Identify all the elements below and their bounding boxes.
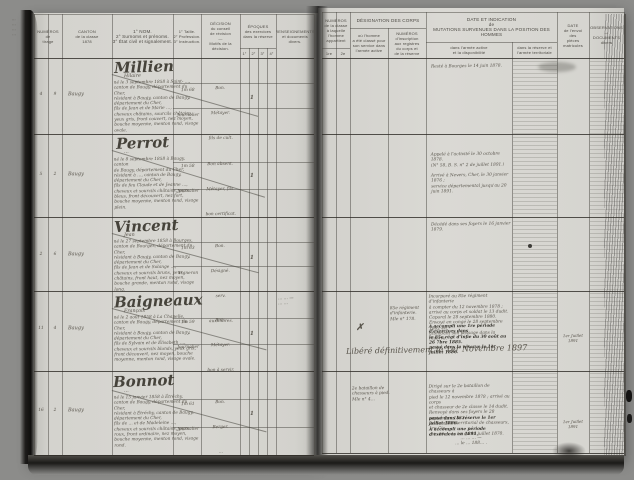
- tirage-number: 5: [34, 172, 48, 178]
- book-gutter: [306, 6, 328, 464]
- book-left-edge: [20, 10, 38, 464]
- tirage-number: 4: [48, 326, 62, 332]
- grid-line: [322, 12, 323, 453]
- header-renseignements: RENSEIGNEMENTS et documents divers.: [276, 14, 314, 58]
- record-surname: Bonnot: [113, 371, 175, 391]
- corps-check-mark: ✗: [356, 326, 364, 331]
- exercise-mark: 1: [250, 256, 254, 261]
- grid-line: [276, 14, 277, 455]
- tirage-number: 16: [34, 408, 48, 414]
- ink-smudge: [538, 62, 576, 72]
- record-corps: 2e bataillon de chasseurs à pied. Mle n°…: [352, 386, 422, 403]
- header-mutations-armee-active: dans l'armée active et la disponibilité: [426, 42, 512, 58]
- grid-line: [322, 134, 624, 135]
- record-remark: … … — … …: [278, 296, 312, 307]
- record-mutation-note: Resté à Bourges le 14 juin 1878.: [431, 63, 511, 69]
- header-mutations-reserve: dans la réserve et l'armée territoriale: [512, 42, 557, 58]
- record-footer-note: … … … — … le … 188… .: [432, 435, 510, 447]
- exercise-mark: 1: [250, 174, 254, 179]
- header-epoques-exercices: ÉPOQUES des exercices dans la réserve: [240, 14, 276, 48]
- header-corps-classement: où l'homme a été classé pour son service…: [350, 28, 388, 58]
- header-date-indication-mutations: DATE ET INDICATION de MUTATIONS SURVENUE…: [426, 12, 557, 42]
- record-date-envoi: 1er Juillet 1891: [558, 333, 588, 344]
- tirage-number: 9: [48, 92, 62, 98]
- book-bottom-edge: [28, 455, 624, 475]
- ruled-column: [513, 58, 557, 453]
- grid-line: [249, 48, 250, 455]
- record-date-envoi: 1er Juillet 1891: [558, 419, 588, 430]
- record-taille: 1m 63 Vigneron: [175, 236, 202, 286]
- header-epoque-1: 1°: [240, 48, 249, 58]
- grid-line: [34, 455, 314, 456]
- grid-line: [426, 12, 427, 453]
- header-taille-profession: 1° Taille. 2° Profession. 3° Instruction…: [173, 14, 201, 58]
- record-taille: 1m 61 Journalier: [175, 392, 202, 442]
- record-decision: Bon. Métayer. fils de cult.: [202, 76, 238, 151]
- grid-line: [322, 371, 624, 372]
- header-classe-2e: 2e: [336, 48, 350, 58]
- header-nom-etat-civil: 1° NOM. 2° Surnoms et prénoms. 3° État c…: [112, 14, 173, 58]
- grid-line: [557, 12, 558, 453]
- grid-line: [34, 58, 314, 59]
- header-classe-1re: 1re: [322, 48, 336, 58]
- grid-line: [322, 58, 624, 59]
- grid-line: [62, 14, 63, 455]
- grid-line: [240, 14, 241, 455]
- record-mutation-note: Appelé à l'activité le 30 octobre 1878. …: [431, 151, 512, 194]
- ink-dot: [528, 244, 532, 248]
- grid-line: [34, 134, 314, 135]
- header-epoque-2: 2°: [249, 48, 258, 58]
- header-numero-tirage: NUMÉROS de tirage: [34, 14, 62, 58]
- exercise-mark: 1: [250, 96, 254, 101]
- tirage-number: 4: [34, 92, 48, 98]
- record-taille: 1m 58 Journalier: [175, 154, 202, 204]
- ruled-column: [590, 58, 624, 453]
- record-decision: Bon absent. Métayer, fils. bon certifica…: [202, 152, 238, 227]
- tirage-number: 11: [34, 326, 48, 332]
- exercise-mark: 1: [250, 332, 254, 337]
- header-decision-conseil: DÉCISION du conseil de révision — Motifs…: [201, 14, 240, 58]
- header-epoque-4: 4°: [267, 48, 276, 58]
- grid-line: [314, 14, 315, 455]
- tirage-number: 6: [48, 252, 62, 258]
- grid-line: [267, 48, 268, 455]
- record-mutation-note: Décédé dans ses foyers le 16 janvier 187…: [431, 221, 511, 233]
- grid-line: [322, 291, 624, 292]
- header-canton: CANTON de la classe 1878: [62, 14, 112, 58]
- header-date-envoi: DATE de l'envoi des pièces matricules: [557, 12, 589, 58]
- ink-stain: [552, 442, 586, 460]
- tirage-number: 2: [34, 252, 48, 258]
- margin-annotations: … … … …: [12, 16, 32, 36]
- grid-line: [336, 12, 337, 453]
- grid-line: [48, 14, 49, 455]
- record-mutation-stamp: passé dans la réserve le 1er juillet 188…: [429, 415, 511, 437]
- header-epoque-3: 3°: [258, 48, 267, 58]
- canton-entry: Baugy: [68, 252, 110, 258]
- tirage-number: 2: [48, 408, 62, 414]
- canton-entry: Baugy: [68, 326, 110, 332]
- header-designation-corps: DÉSIGNATION DES CORPS: [350, 12, 426, 28]
- edge-mark: [627, 414, 632, 423]
- grid-line: [624, 12, 625, 453]
- header-numeros-classe: NUMÉROS de la classe à laquelle l'homme …: [322, 12, 350, 48]
- header-observations: OBSERVATIONS — DOCUMENTS divers: [589, 12, 624, 58]
- grid-line: [350, 12, 351, 453]
- record-decision: Bon. Métayer. bon à servir.: [202, 308, 238, 383]
- record-decision: Bon. Berger. …: [202, 390, 238, 465]
- grid-line: [34, 14, 35, 455]
- record-surname: Millien: [114, 57, 174, 77]
- grid-line: [258, 48, 259, 455]
- canton-entry: Baugy: [68, 172, 110, 178]
- canton-entry: Baugy: [68, 408, 110, 414]
- header-numeros-inscription: NUMÉROS d'inscription aux registres du c…: [388, 28, 426, 58]
- record-taille: 1m 68 Journalier: [175, 78, 202, 128]
- tirage-number: 2: [48, 172, 62, 178]
- grid-line: [322, 217, 624, 218]
- record-taille: 1m 59 Journalier: [175, 310, 202, 360]
- scanned-register-spread: … … … … NUMÉROS de tirage CANTON de la c…: [0, 0, 634, 480]
- edge-mark: [626, 390, 632, 402]
- canton-entry: Baugy: [68, 92, 110, 98]
- exercise-mark: 1: [250, 412, 254, 417]
- record-corps: 85e régiment d'infanterie. Mle n° 178.: [390, 306, 424, 322]
